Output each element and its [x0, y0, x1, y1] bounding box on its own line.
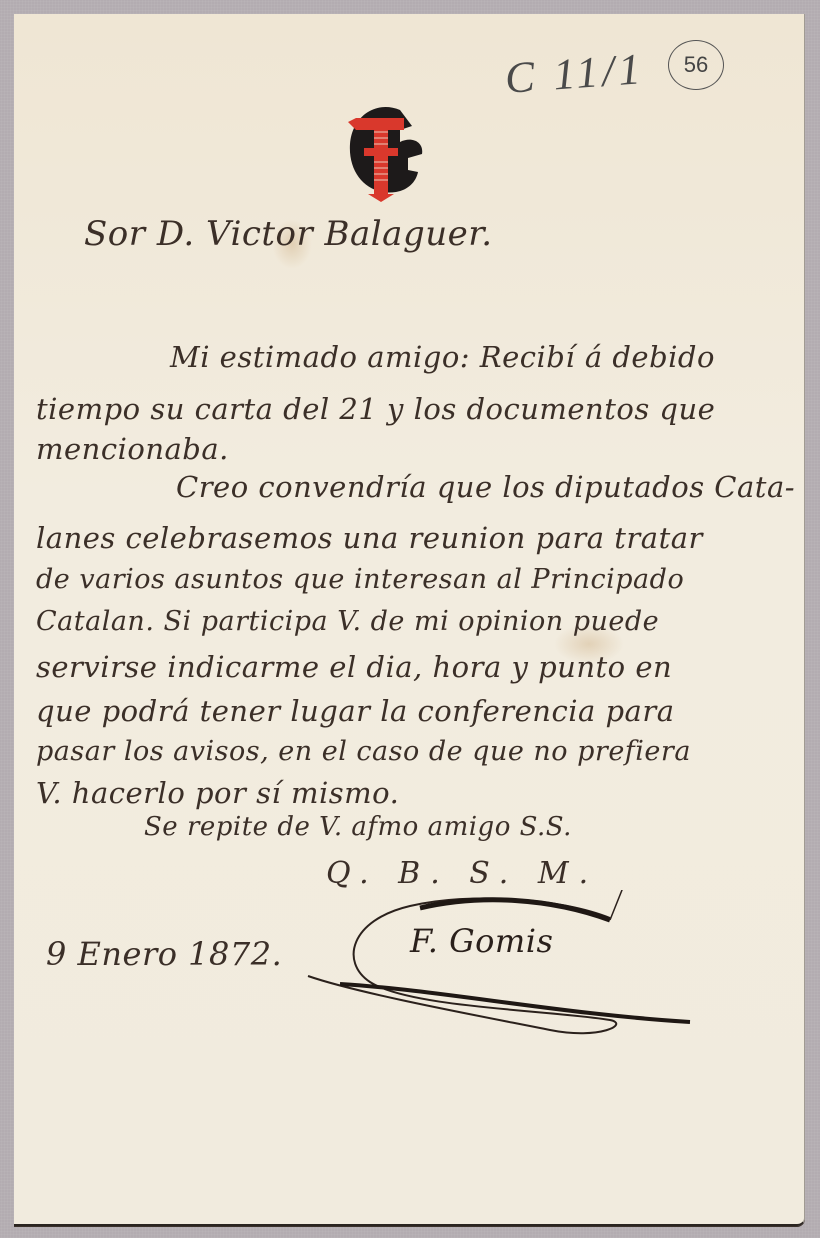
- body-line: mencionaba.: [36, 432, 229, 466]
- body-line: pasar los avisos, en el caso de que no p…: [36, 736, 691, 767]
- monogram-icon: [338, 92, 428, 204]
- body-line: tiempo su carta del 21 y los documentos …: [36, 392, 715, 426]
- signature-flourish-icon: [300, 890, 700, 1040]
- body-line: Catalan. Si participa V. de mi opinion p…: [36, 606, 659, 637]
- letter-date: 9 Enero 1872.: [46, 935, 282, 973]
- body-line: lanes celebrasemos una reunion para trat…: [36, 521, 703, 555]
- body-line: de varios asuntos que interesan al Princ…: [36, 564, 684, 595]
- closing-line: Se repite de V. afmo amigo S.S.: [144, 812, 572, 842]
- folio-number: 56: [668, 40, 724, 90]
- body-line: V. hacerlo por sí mismo.: [36, 776, 399, 810]
- addressee: Sor D. Victor Balaguer.: [84, 214, 493, 254]
- closing-abbreviation: Q. B. S. M.: [326, 856, 598, 891]
- body-line: servirse indicarme el dia, hora y punto …: [36, 650, 672, 684]
- signature: F. Gomis: [410, 922, 553, 960]
- body-line: que podrá tener lugar la conferencia par…: [36, 694, 675, 728]
- shelfmark: C 11/1: [503, 43, 646, 104]
- body-line: Mi estimado amigo: Recibí á debido: [170, 340, 715, 374]
- body-line: Creo convendría que los diputados Cata-: [176, 470, 795, 504]
